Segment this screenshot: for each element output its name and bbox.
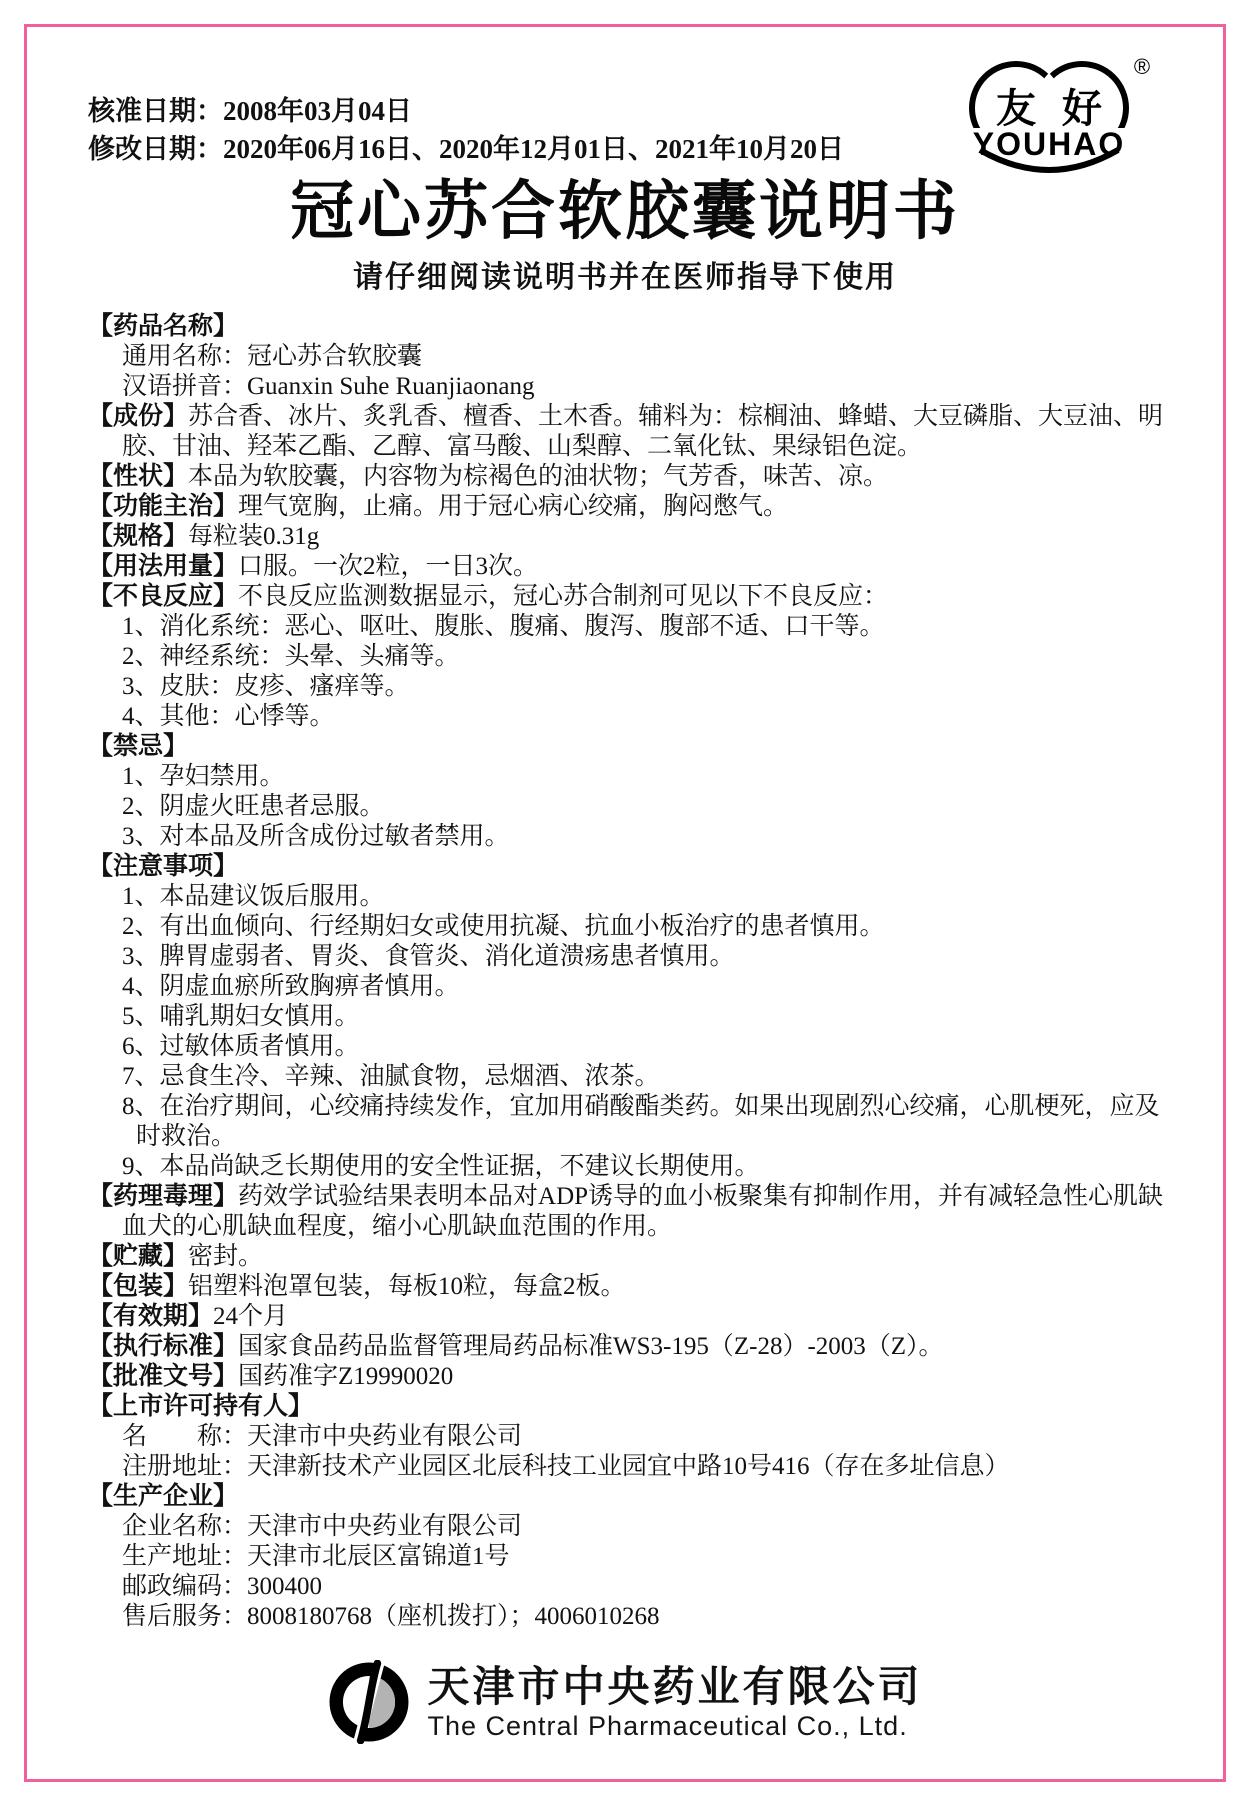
company-name-en: The Central Pharmaceutical Co., Ltd. (427, 1711, 922, 1742)
body-line: 【注意事项】 (88, 852, 1168, 882)
line-text: 售后服务：8008180768（座机拨打）；4006010268 (122, 1603, 660, 1630)
section-label: 【执行标准】 (88, 1333, 238, 1360)
section-label: 【禁忌】 (88, 733, 188, 760)
body-line: 【禁忌】 (88, 732, 1168, 762)
line-text: 名 称：天津市中央药业有限公司 (122, 1423, 522, 1450)
central-pharma-logo-svg (327, 1660, 411, 1744)
body-line: 汉语拼音：Guanxin Suhe Ruanjiaonang (88, 372, 1168, 402)
body-line: 邮政编码：300400 (88, 1572, 1168, 1602)
line-text: 1、本品建议饭后服用。 (122, 883, 385, 910)
body-line: 【药理毒理】药效学试验结果表明本品对ADP诱导的血小板聚集有抑制作用，并有减轻急… (88, 1182, 1168, 1242)
body-line: 9、本品尚缺乏长期使用的安全性证据，不建议长期使用。 (88, 1152, 1168, 1182)
section-label: 【性状】 (88, 463, 188, 490)
body-line: 【生产企业】 (88, 1482, 1168, 1512)
body-line: 1、孕妇禁用。 (88, 762, 1168, 792)
body-line: 名 称：天津市中央药业有限公司 (88, 1422, 1168, 1452)
body-line: 5、哺乳期妇女慎用。 (88, 1002, 1168, 1032)
company-name-cn: 天津市中央药业有限公司 (427, 1663, 922, 1711)
section-label: 【功能主治】 (88, 493, 238, 520)
body-line: 【功能主治】理气宽胸，止痛。用于冠心病心绞痛，胸闷憋气。 (88, 492, 1168, 522)
section-label: 【注意事项】 (88, 853, 238, 880)
line-text: 通用名称：冠心苏合软胶囊 (122, 343, 422, 370)
body-line: 3、脾胃虚弱者、胃炎、食管炎、消化道溃疡患者慎用。 (88, 942, 1168, 972)
section-label: 【成份】 (88, 403, 188, 430)
leaflet-body: 【药品名称】通用名称：冠心苏合软胶囊汉语拼音：Guanxin Suhe Ruan… (88, 312, 1168, 1632)
line-text: 2、有出血倾向、行经期妇女或使用抗凝、抗血小板治疗的患者慎用。 (122, 913, 885, 940)
body-line: 1、本品建议饭后服用。 (88, 882, 1168, 912)
body-line: 4、阴虚血瘀所致胸痹者慎用。 (88, 972, 1168, 1002)
body-line: 【执行标准】国家食品药品监督管理局药品标准WS3-195（Z-28）-2003（… (88, 1332, 1168, 1362)
body-line: 【规格】每粒装0.31g (88, 522, 1168, 552)
body-line: 【贮藏】密封。 (88, 1242, 1168, 1272)
body-line: 【有效期】24个月 (88, 1302, 1168, 1332)
body-line: 生产地址：天津市北辰区富锦道1号 (88, 1542, 1168, 1572)
line-text: 2、阴虚火旺患者忌服。 (122, 793, 385, 820)
body-line: 6、过敏体质者慎用。 (88, 1032, 1168, 1062)
line-text: 汉语拼音：Guanxin Suhe Ruanjiaonang (122, 373, 534, 400)
line-text: 邮政编码：300400 (122, 1573, 322, 1600)
line-text: 铝塑料泡罩包装，每板10粒，每盒2板。 (188, 1273, 626, 1300)
section-label: 【贮藏】 (88, 1243, 188, 1270)
line-text: 4、其他：心悸等。 (122, 703, 335, 730)
line-text: 1、孕妇禁用。 (122, 763, 285, 790)
header: 核准日期：2008年03月04日 修改日期：2020年06月16日、2020年1… (88, 92, 1162, 168)
line-text: 国家食品药品监督管理局药品标准WS3-195（Z-28）-2003（Z）。 (238, 1333, 944, 1360)
line-text: 本品为软胶囊，内容物为棕褐色的油状物；气芳香，味苦、凉。 (188, 463, 888, 490)
body-line: 售后服务：8008180768（座机拨打）；4006010268 (88, 1602, 1168, 1632)
body-line: 企业名称：天津市中央药业有限公司 (88, 1512, 1168, 1542)
line-text: 8、在治疗期间，心绞痛持续发作，宜加用硝酸酯类药。如果出现剧烈心绞痛，心肌梗死，… (122, 1093, 1160, 1150)
body-line: 4、其他：心悸等。 (88, 702, 1168, 732)
line-text: 3、对本品及所含成份过敏者禁用。 (122, 823, 510, 850)
line-text: 药效学试验结果表明本品对ADP诱导的血小板聚集有抑制作用，并有减轻急性心肌缺血犬… (122, 1183, 1163, 1240)
section-label: 【药理毒理】 (88, 1183, 238, 1210)
subtitle: 请仔细阅读说明书并在医师指导下使用 (0, 252, 1250, 296)
central-pharma-logo-icon (327, 1660, 411, 1744)
body-line: 【包装】铝塑料泡罩包装，每板10粒，每盒2板。 (88, 1272, 1168, 1302)
body-line: 2、阴虚火旺患者忌服。 (88, 792, 1168, 822)
body-line: 2、神经系统：头晕、头痛等。 (88, 642, 1168, 672)
line-text: 3、脾胃虚弱者、胃炎、食管炎、消化道溃疡患者慎用。 (122, 943, 735, 970)
section-label: 【上市许可持有人】 (88, 1393, 313, 1420)
logo-cn-left: 友 (996, 87, 1036, 131)
body-line: 【性状】本品为软胶囊，内容物为棕褐色的油状物；气芳香，味苦、凉。 (88, 462, 1168, 492)
line-text: 企业名称：天津市中央药业有限公司 (122, 1513, 522, 1540)
line-text: 9、本品尚缺乏长期使用的安全性证据，不建议长期使用。 (122, 1153, 760, 1180)
section-label: 【规格】 (88, 523, 188, 550)
body-line: 【用法用量】口服。一次2粒，一日3次。 (88, 552, 1168, 582)
body-line: 【成份】苏合香、冰片、炙乳香、檀香、土木香。辅料为：棕榈油、蜂蜡、大豆磷脂、大豆… (88, 402, 1168, 462)
body-line: 3、皮肤：皮疹、瘙痒等。 (88, 672, 1168, 702)
line-text: 国药准字Z19990020 (238, 1363, 453, 1390)
section-label: 【用法用量】 (88, 553, 238, 580)
body-line: 【上市许可持有人】 (88, 1392, 1168, 1422)
body-line: 【批准文号】国药准字Z19990020 (88, 1362, 1168, 1392)
line-text: 6、过敏体质者慎用。 (122, 1033, 360, 1060)
line-text: 3、皮肤：皮疹、瘙痒等。 (122, 673, 410, 700)
page-title: 冠心苏合软胶囊说明书 (0, 160, 1250, 252)
body-line: 1、消化系统：恶心、呕吐、腹胀、腹痛、腹泻、腹部不适、口干等。 (88, 612, 1168, 642)
line-text: 4、阴虚血瘀所致胸痹者慎用。 (122, 973, 460, 1000)
body-line: 通用名称：冠心苏合软胶囊 (88, 342, 1168, 372)
section-label: 【批准文号】 (88, 1363, 238, 1390)
line-text: 7、忌食生冷、辛辣、油腻食物，忌烟酒、浓茶。 (122, 1063, 660, 1090)
line-text: 密封。 (188, 1243, 263, 1270)
logo-cn-right: 好 (1062, 87, 1102, 131)
body-line: 【药品名称】 (88, 312, 1168, 342)
body-line: 7、忌食生冷、辛辣、油腻食物，忌烟酒、浓茶。 (88, 1062, 1168, 1092)
line-text: 24个月 (213, 1303, 288, 1330)
body-line: 2、有出血倾向、行经期妇女或使用抗凝、抗血小板治疗的患者慎用。 (88, 912, 1168, 942)
registered-trademark-icon: ® (1134, 56, 1150, 79)
section-label: 【药品名称】 (88, 313, 238, 340)
line-text: 5、哺乳期妇女慎用。 (122, 1003, 360, 1030)
line-text: 注册地址：天津新技术产业园区北辰科技工业园宜中路10号416（存在多址信息） (122, 1453, 1010, 1480)
footer-company-block: 天津市中央药业有限公司 The Central Pharmaceutical C… (427, 1663, 922, 1742)
line-text: 每粒装0.31g (188, 523, 319, 550)
line-text: 生产地址：天津市北辰区富锦道1号 (122, 1543, 510, 1570)
body-line: 【不良反应】不良反应监测数据显示，冠心苏合制剂可见以下不良反应： (88, 582, 1168, 612)
line-text: 1、消化系统：恶心、呕吐、腹胀、腹痛、腹泻、腹部不适、口干等。 (122, 613, 885, 640)
section-label: 【生产企业】 (88, 1483, 238, 1510)
line-text: 理气宽胸，止痛。用于冠心病心绞痛，胸闷憋气。 (238, 493, 788, 520)
footer: 天津市中央药业有限公司 The Central Pharmaceutical C… (0, 1660, 1250, 1744)
section-label: 【包装】 (88, 1273, 188, 1300)
leaflet-page: 核准日期：2008年03月04日 修改日期：2020年06月16日、2020年1… (0, 0, 1250, 1806)
body-line: 注册地址：天津新技术产业园区北辰科技工业园宜中路10号416（存在多址信息） (88, 1452, 1168, 1482)
line-text: 口服。一次2粒，一日3次。 (238, 553, 538, 580)
section-label: 【有效期】 (88, 1303, 213, 1330)
line-text: 2、神经系统：头晕、头痛等。 (122, 643, 460, 670)
body-line: 8、在治疗期间，心绞痛持续发作，宜加用硝酸酯类药。如果出现剧烈心绞痛，心肌梗死，… (88, 1092, 1168, 1152)
body-line: 3、对本品及所含成份过敏者禁用。 (88, 822, 1168, 852)
line-text: 不良反应监测数据显示，冠心苏合制剂可见以下不良反应： (238, 583, 888, 610)
line-text: 苏合香、冰片、炙乳香、檀香、土木香。辅料为：棕榈油、蜂蜡、大豆磷脂、大豆油、明胶… (122, 403, 1163, 460)
section-label: 【不良反应】 (88, 583, 238, 610)
